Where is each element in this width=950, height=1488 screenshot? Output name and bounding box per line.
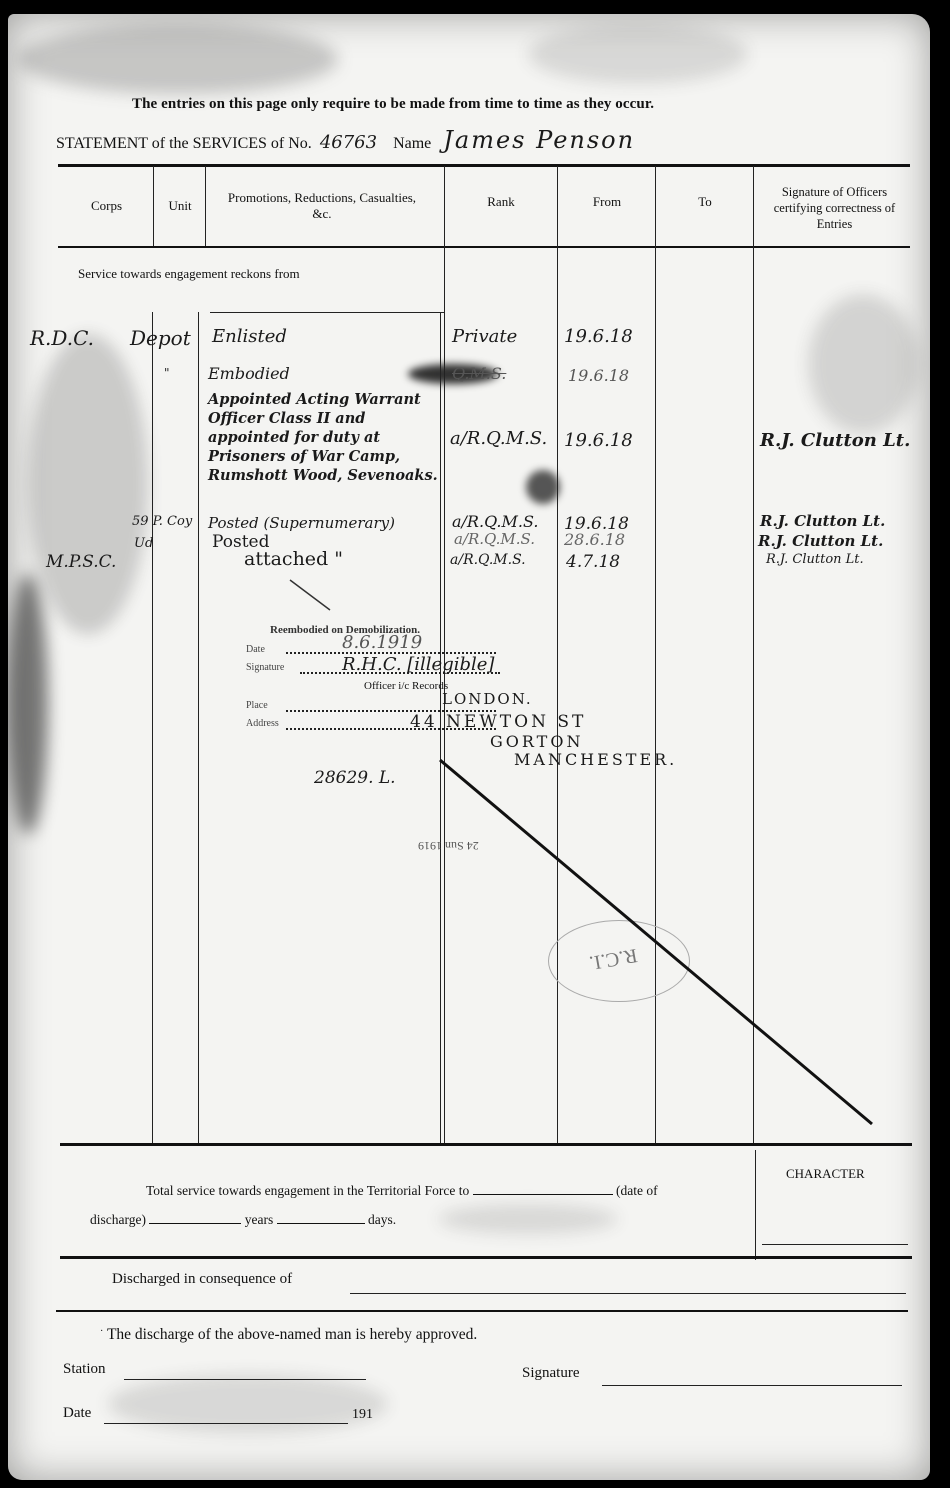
- total-service-line: Total service towards engagement in the …: [146, 1183, 658, 1199]
- signature-blank[interactable]: [602, 1385, 902, 1386]
- approval-statement: The discharge of the above-named man is …: [107, 1326, 477, 1343]
- discharge-label: discharge): [90, 1212, 146, 1227]
- table-bottom-rule: [60, 1143, 912, 1146]
- discharge-date-blank[interactable]: [473, 1194, 613, 1195]
- station-blank[interactable]: [124, 1379, 366, 1380]
- character-blank[interactable]: [762, 1244, 908, 1245]
- approval-text: · The discharge of the above-named man i…: [100, 1326, 477, 1344]
- date-label: Date: [63, 1405, 91, 1422]
- days-blank[interactable]: [277, 1223, 365, 1224]
- station-label: Station: [63, 1361, 106, 1378]
- year-prefix: 191: [352, 1407, 373, 1423]
- days-label: days.: [368, 1212, 396, 1227]
- character-label: CHARACTER: [786, 1166, 865, 1182]
- total-service-text: Total service towards engagement in the …: [146, 1183, 469, 1198]
- date-blank[interactable]: [104, 1423, 348, 1424]
- years-label: years: [245, 1212, 273, 1227]
- date-of-label: (date of: [616, 1183, 658, 1198]
- discharge-reason-blank[interactable]: [350, 1293, 906, 1294]
- diagonal-strike-line: [0, 0, 950, 1488]
- signature-label: Signature: [522, 1365, 580, 1382]
- years-blank[interactable]: [149, 1223, 241, 1224]
- years-days-line: discharge) years days.: [90, 1212, 396, 1228]
- discharged-label: Discharged in consequence of: [112, 1271, 292, 1288]
